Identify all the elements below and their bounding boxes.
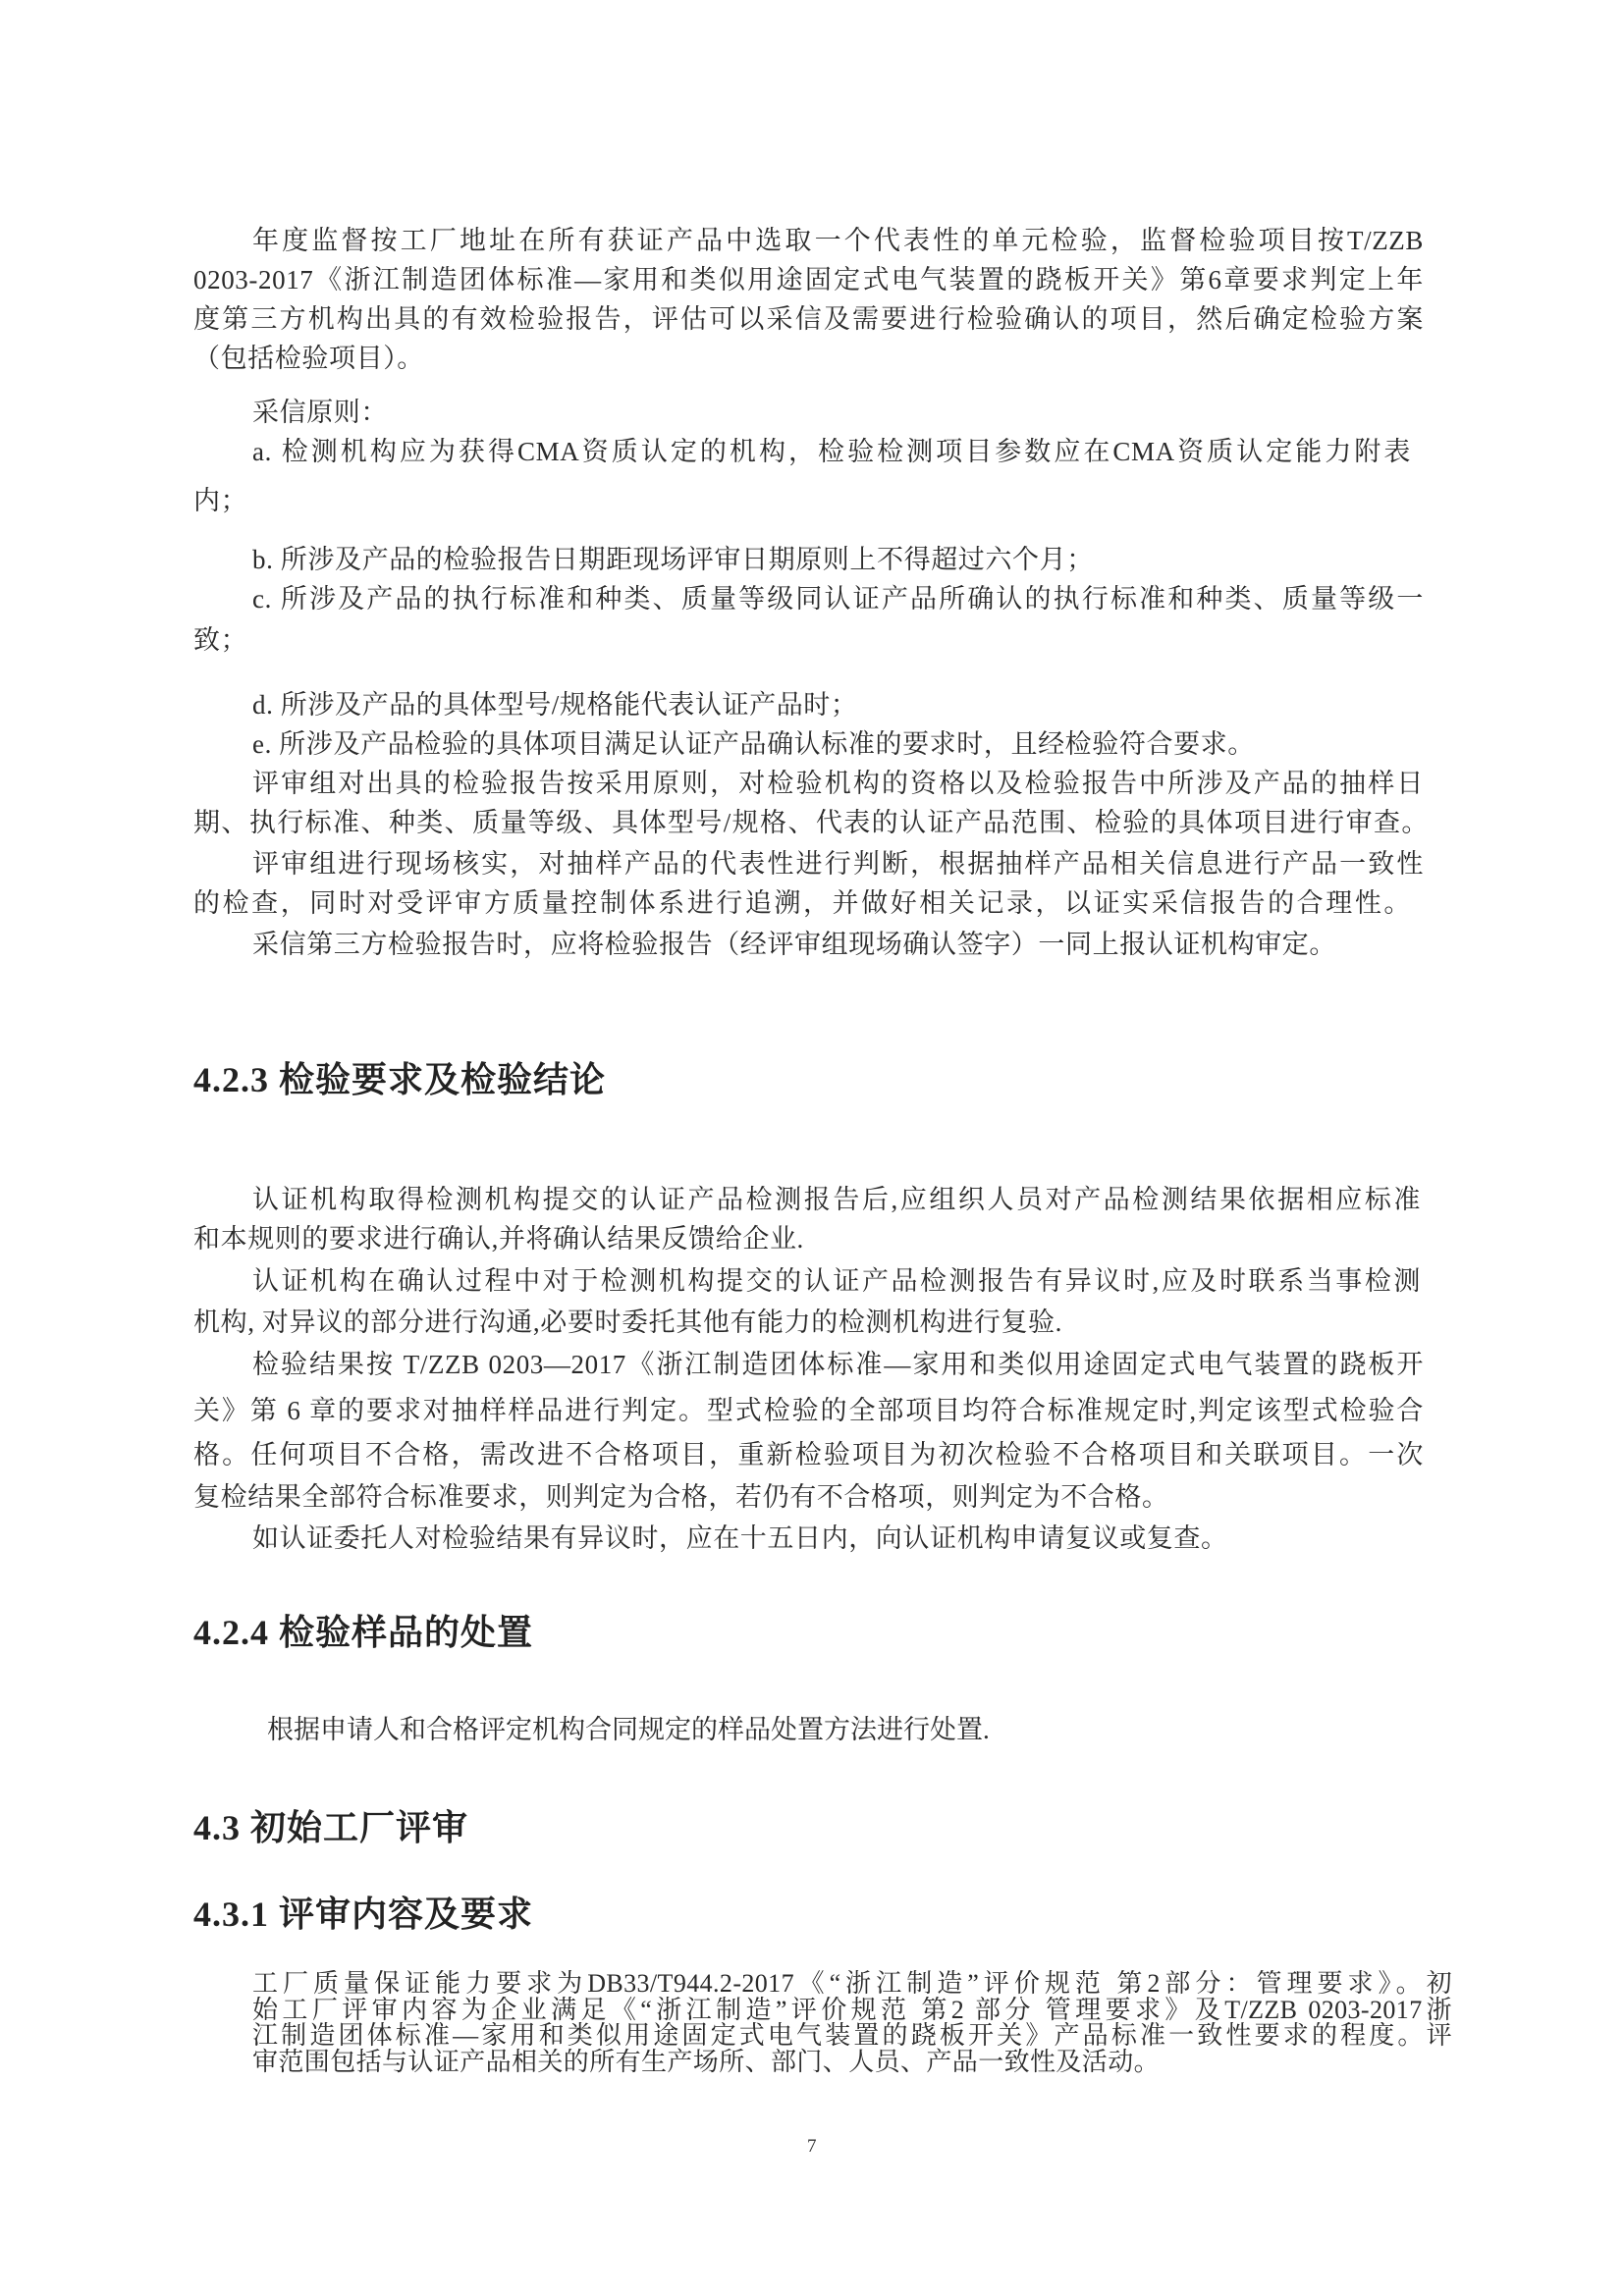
section-heading-4-2-3: 4.2.3 检验要求及检验结论 <box>193 1058 606 1101</box>
paragraph-line: 度第三方机构出具的有效检验报告，评估可以采信及需要进行检验确认的项目，然后确定检… <box>193 302 1424 336</box>
paragraph-line: 江制造团体标准—家用和类似用途固定式电气装置的跷板开关》产品标准一致性要求的程度… <box>252 2022 1452 2049</box>
list-item-a-continued: 内； <box>193 484 247 517</box>
paragraph-line: 关》第 6 章的要求对抽样样品进行判定。型式检验的全部项目均符合标准规定时,判定… <box>193 1394 1424 1427</box>
paragraph-line: 评审组进行现场核实，对抽样产品的代表性进行判断，根据抽样产品相关信息进行产品一致… <box>252 847 1424 881</box>
paragraph-line: 始工厂评审内容为企业满足《“浙江制造”评价规范 第2 部分 管理要求》及T/ZZ… <box>252 1997 1452 2023</box>
paragraph-line: 根据申请人和合格评定机构合同规定的样品处置方法进行处置. <box>267 1713 990 1746</box>
paragraph-line: 检验结果按 T/ZZB 0203—2017《浙江制造团体标准—家用和类似用途固定… <box>252 1348 1424 1381</box>
principles-label: 采信原则： <box>252 396 388 429</box>
list-item-d: d. 所涉及产品的具体型号/规格能代表认证产品时； <box>252 688 858 721</box>
paragraph-line: （包括检验项目）。 <box>193 342 424 375</box>
paragraph-line: 年度监督按工厂地址在所有获证产品中选取一个代表性的单元检验，监督检验项目按T/Z… <box>252 224 1424 257</box>
section-heading-4-2-4: 4.2.4 检验样品的处置 <box>193 1611 533 1654</box>
paragraph-line: 0203-2017《浙江制造团体标准—家用和类似用途固定式电气装置的跷板开关》第… <box>193 263 1424 296</box>
paragraph-line: 认证机构取得检测机构提交的认证产品检测报告后,应组织人员对产品检测结果依据相应标… <box>252 1183 1421 1216</box>
paragraph-line: 采信第三方检验报告时，应将检验报告（经评审组现场确认签字）一同上报认证机构审定。 <box>252 928 1336 961</box>
paragraph-line: 机构, 对异议的部分进行沟通,必要时委托其他有能力的检测机构进行复验. <box>193 1306 1062 1339</box>
paragraph-line: 审范围包括与认证产品相关的所有生产场所、部门、人员、产品一致性及活动。 <box>252 2049 1160 2075</box>
paragraph-line: 期、执行标准、种类、质量等级、具体型号/规格、代表的认证产品范围、检验的具体项目… <box>193 806 1429 839</box>
list-item-e: e. 所涉及产品检验的具体项目满足认证产品确认标准的要求时，且经检验符合要求。 <box>252 727 1255 761</box>
list-item-b: b. 所涉及产品的检验报告日期距现场评审日期原则上不得超过六个月； <box>252 543 1094 576</box>
paragraph-line: 复检结果全部符合标准要求，则判定为合格，若仍有不合格项，则判定为不合格。 <box>193 1480 1169 1514</box>
section-heading-4-3: 4.3 初始工厂评审 <box>193 1806 468 1849</box>
paragraph-line: 评审组对出具的检验报告按采用原则，对检验机构的资格以及检验报告中所涉及产品的抽样… <box>252 767 1424 800</box>
list-item-a: a. 检测机构应为获得CMA资质认定的机构，检验检测项目参数应在CMA资质认定能… <box>252 435 1411 468</box>
section-heading-4-3-1: 4.3.1 评审内容及要求 <box>193 1893 533 1936</box>
paragraph-line: 和本规则的要求进行确认,并将确认结果反馈给企业. <box>193 1222 804 1255</box>
paragraph-line: 格。任何项目不合格，需改进不合格项目，重新检验项目为初次检验不合格项目和关联项目… <box>193 1438 1424 1471</box>
document-page: 年度监督按工厂地址在所有获证产品中选取一个代表性的单元检验，监督检验项目按T/Z… <box>0 0 1624 2296</box>
paragraph-line: 如认证委托人对检验结果有异议时，应在十五日内，向认证机构申请复议或复查。 <box>252 1522 1228 1555</box>
list-item-c: c. 所涉及产品的执行标准和种类、质量等级同认证产品所确认的执行标准和种类、质量… <box>252 582 1424 615</box>
paragraph-line: 的检查，同时对受评审方质量控制体系进行追溯，并做好相关记录，以证实采信报告的合理… <box>193 886 1411 920</box>
list-item-c-continued: 致； <box>193 623 247 657</box>
paragraph-line: 工厂质量保证能力要求为DB33/T944.2-2017《“浙江制造”评价规范 第… <box>252 1970 1452 1997</box>
page-number: 7 <box>807 2136 817 2158</box>
paragraph-line: 认证机构在确认过程中对于检测机构提交的认证产品检测报告有异议时,应及时联系当事检… <box>252 1264 1421 1298</box>
